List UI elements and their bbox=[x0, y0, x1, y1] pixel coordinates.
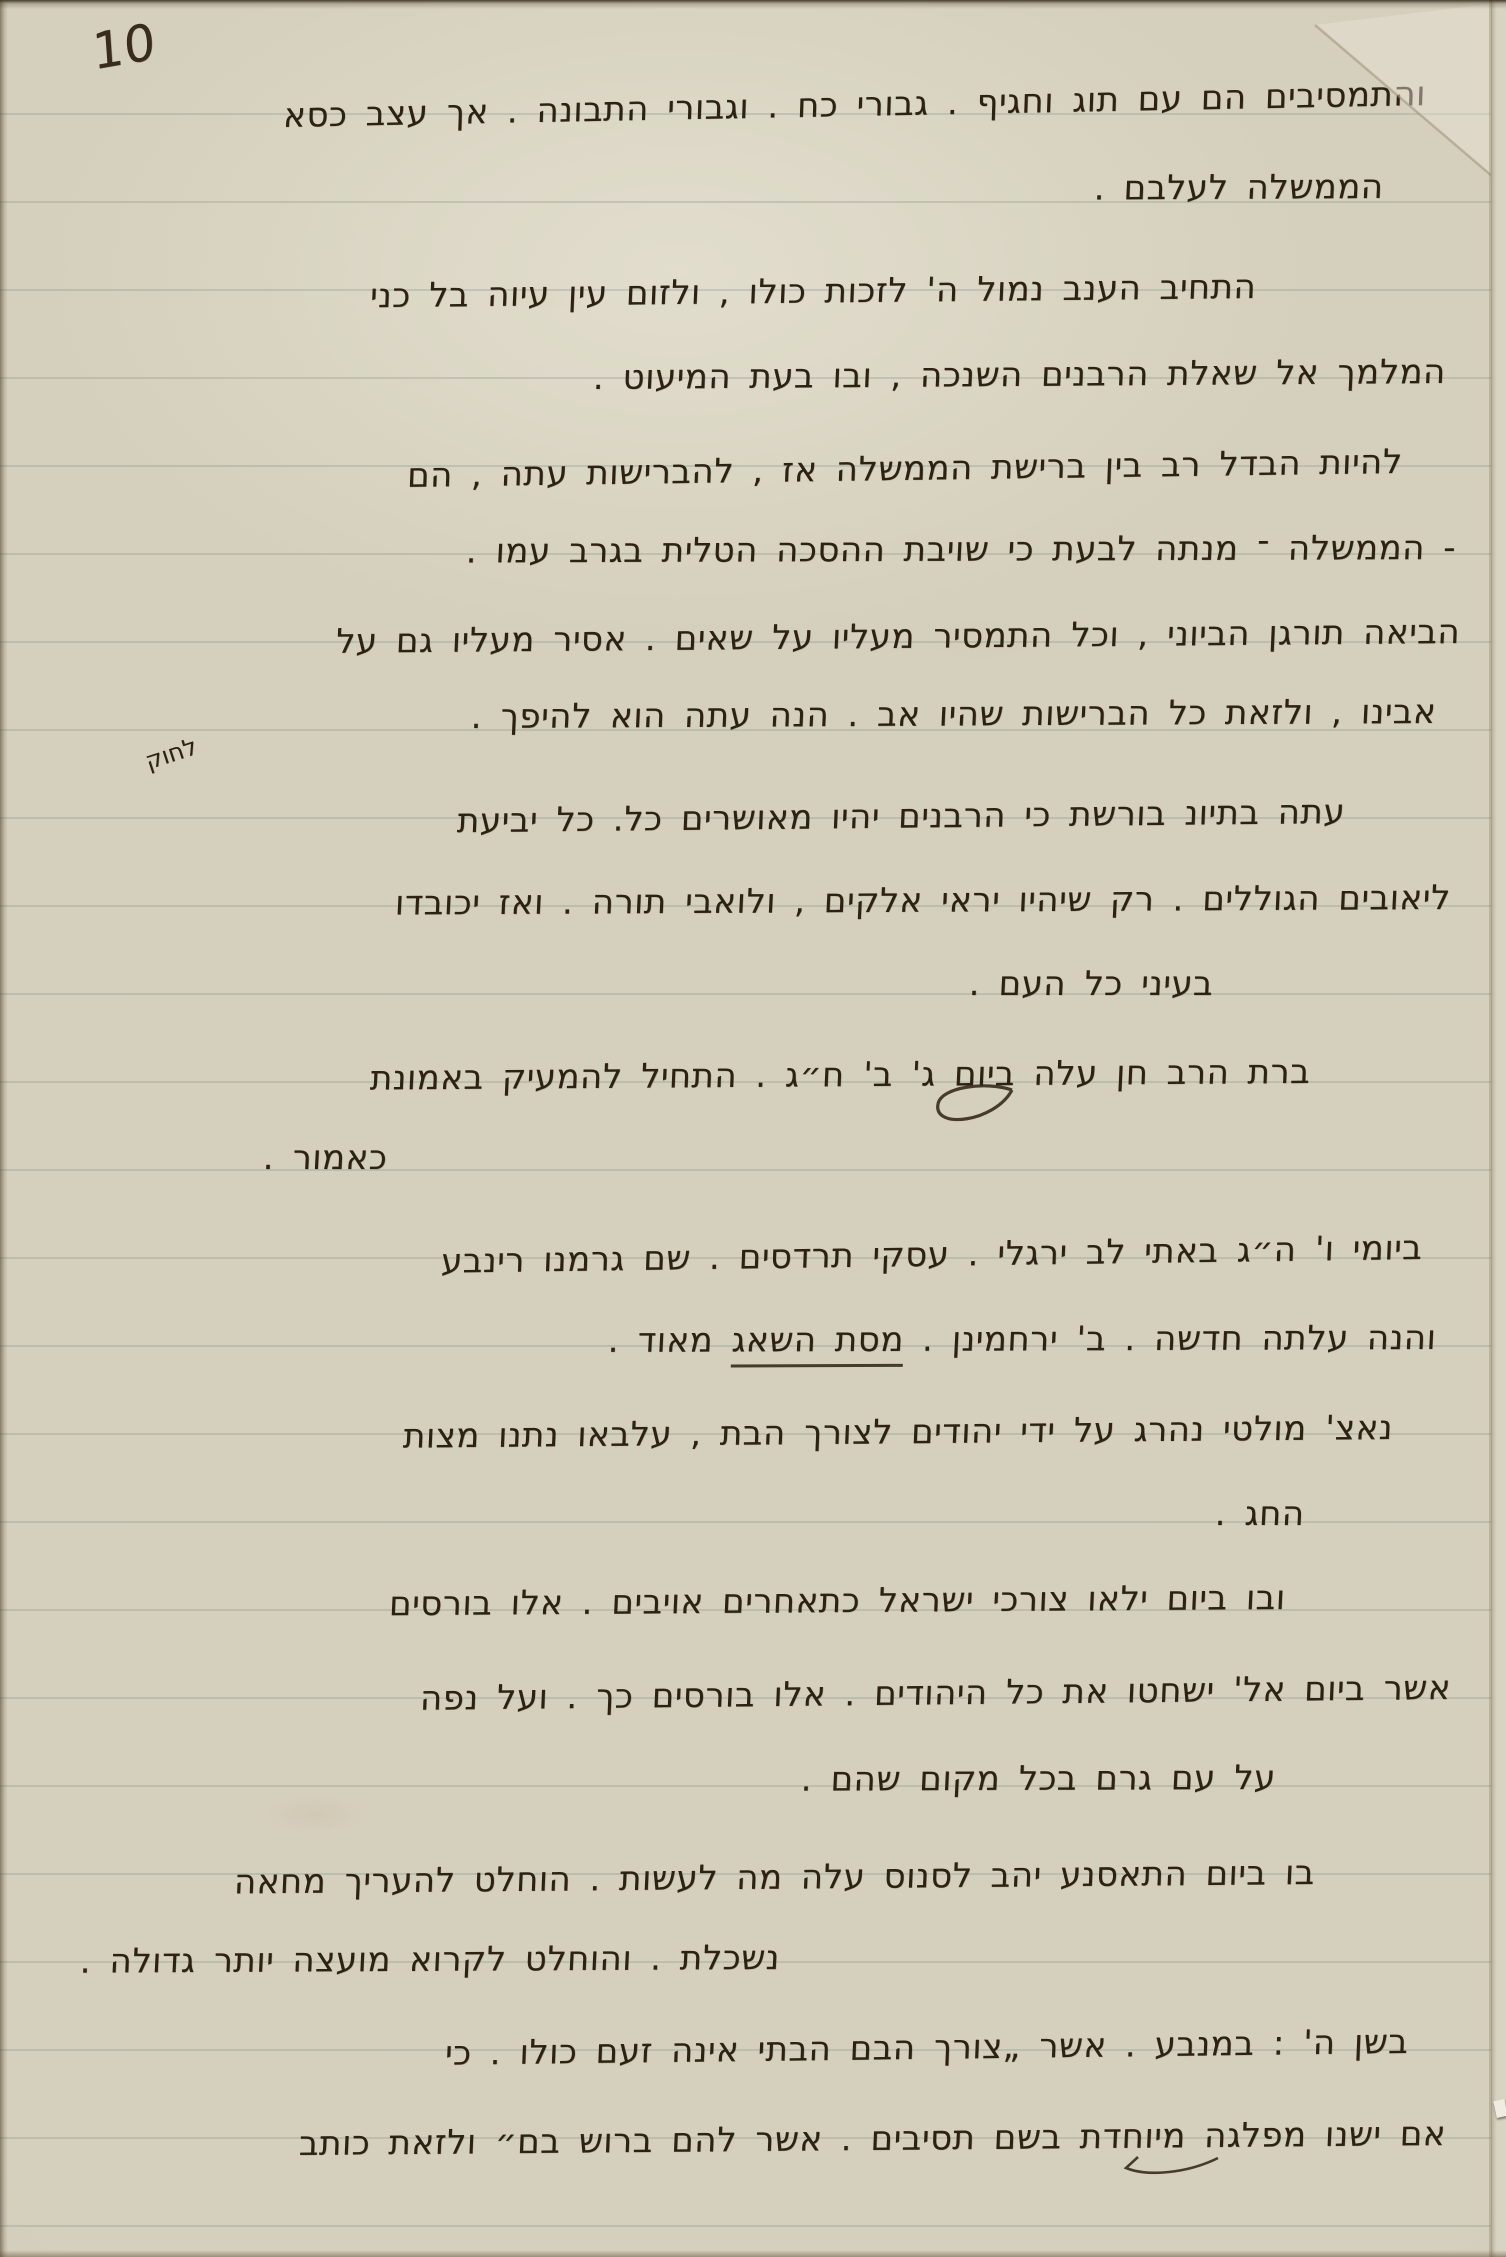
handwriting-line: ביומי ו' ה״ג באתי לב ירגלי . עסקי תרדסים… bbox=[440, 1226, 1423, 1286]
handwriting-line: להיות הבדל רב בין ברישת הממשלה אז , להבר… bbox=[407, 440, 1404, 500]
handwriting-line: עתה בתיונ בורשת כי הרבנים יהיו מאושרים כ… bbox=[456, 790, 1346, 845]
handwriting-line: החג . bbox=[1214, 1492, 1306, 1538]
handwriting-line: נשכלת . והוחלט לקרוא מועצה יותר גדולה . bbox=[79, 1936, 781, 1986]
underlined-phrase: מסת השאג bbox=[730, 1320, 905, 1368]
manuscript-page: 10 והתמסיבים הם עם תוג וחגיף . גבורי כח … bbox=[0, 0, 1506, 2257]
handwriting-line: והנה עלתה חדשה . ב' ירחמינן . מסת השאג מ… bbox=[607, 1316, 1438, 1365]
handwriting-line: אשר ביום אל' ישחטו את כל היהודים . אלו ב… bbox=[419, 1666, 1452, 1723]
handwriting-line: הממשלה לעלבם . bbox=[1093, 165, 1385, 212]
handwriting-line: ברת הרב חן עלה ביום ג' ב' ח״ג . התחיל לה… bbox=[369, 1050, 1311, 1102]
handwriting-line: אבינו , ולזאת כל הברישות שהיו אב . הנה ע… bbox=[470, 690, 1438, 741]
handwriting-line: בשן ה' : במנבע . אשר „צורך הבם הבתי אינה… bbox=[444, 2020, 1409, 2078]
paper-left-edge bbox=[0, 0, 8, 2257]
handwriting-line: בעיני כל העם . bbox=[967, 962, 1214, 1008]
paper-top-edge bbox=[0, 0, 1506, 9]
handwriting-line: ובו ביום ילאו צורכי ישראל כתאחרים אויבים… bbox=[388, 1576, 1287, 1628]
interlinear-insertion: לחוק bbox=[142, 732, 201, 775]
paper-bottom-edge bbox=[0, 2250, 1506, 2257]
handwriting-line: התחיב הענב נמול ה' לזכות כולו , ולזום עי… bbox=[369, 265, 1257, 320]
handwriting-line: כאמור . bbox=[262, 1136, 389, 1182]
handwriting-line: ליאובים הגוללים . רק שיהיו יראי אלקים , … bbox=[394, 876, 1452, 927]
handwriting-line: נאצ' מולטי נהרג על ידי יהודים לצורך הבת … bbox=[402, 1406, 1394, 1461]
handwriting-line: - הממשלה ־ מנתה לבעת כי שויבת ההסכה הטלי… bbox=[465, 526, 1457, 575]
handwriting-line: המלמך אל שאלת הרבנים השנכה , ובו בעת המי… bbox=[592, 350, 1447, 402]
handwriting-line: על עם גרם בכל מקום שהם . bbox=[800, 1756, 1277, 1804]
page-number: 10 bbox=[90, 12, 157, 81]
paper-right-edge-crease bbox=[1489, 0, 1492, 2257]
paper-decorations bbox=[0, 0, 1506, 2257]
handwriting-line: אם ישנו מפלגה מיוחדת בשם תסיבים . אשר לה… bbox=[298, 2112, 1447, 2168]
handwriting-line: והתמסיבים הם עם תוג וחגיף . גבורי כח . ו… bbox=[283, 72, 1427, 140]
paper-right-edge bbox=[1491, 0, 1506, 2257]
handwriting-line: בו ביום התאסנע יהב לסנוס עלה מה לעשות . … bbox=[233, 1851, 1316, 1906]
handwriting-line: הביאה תורגן הביוני , וכל התמסיר מעליו על… bbox=[335, 610, 1461, 666]
